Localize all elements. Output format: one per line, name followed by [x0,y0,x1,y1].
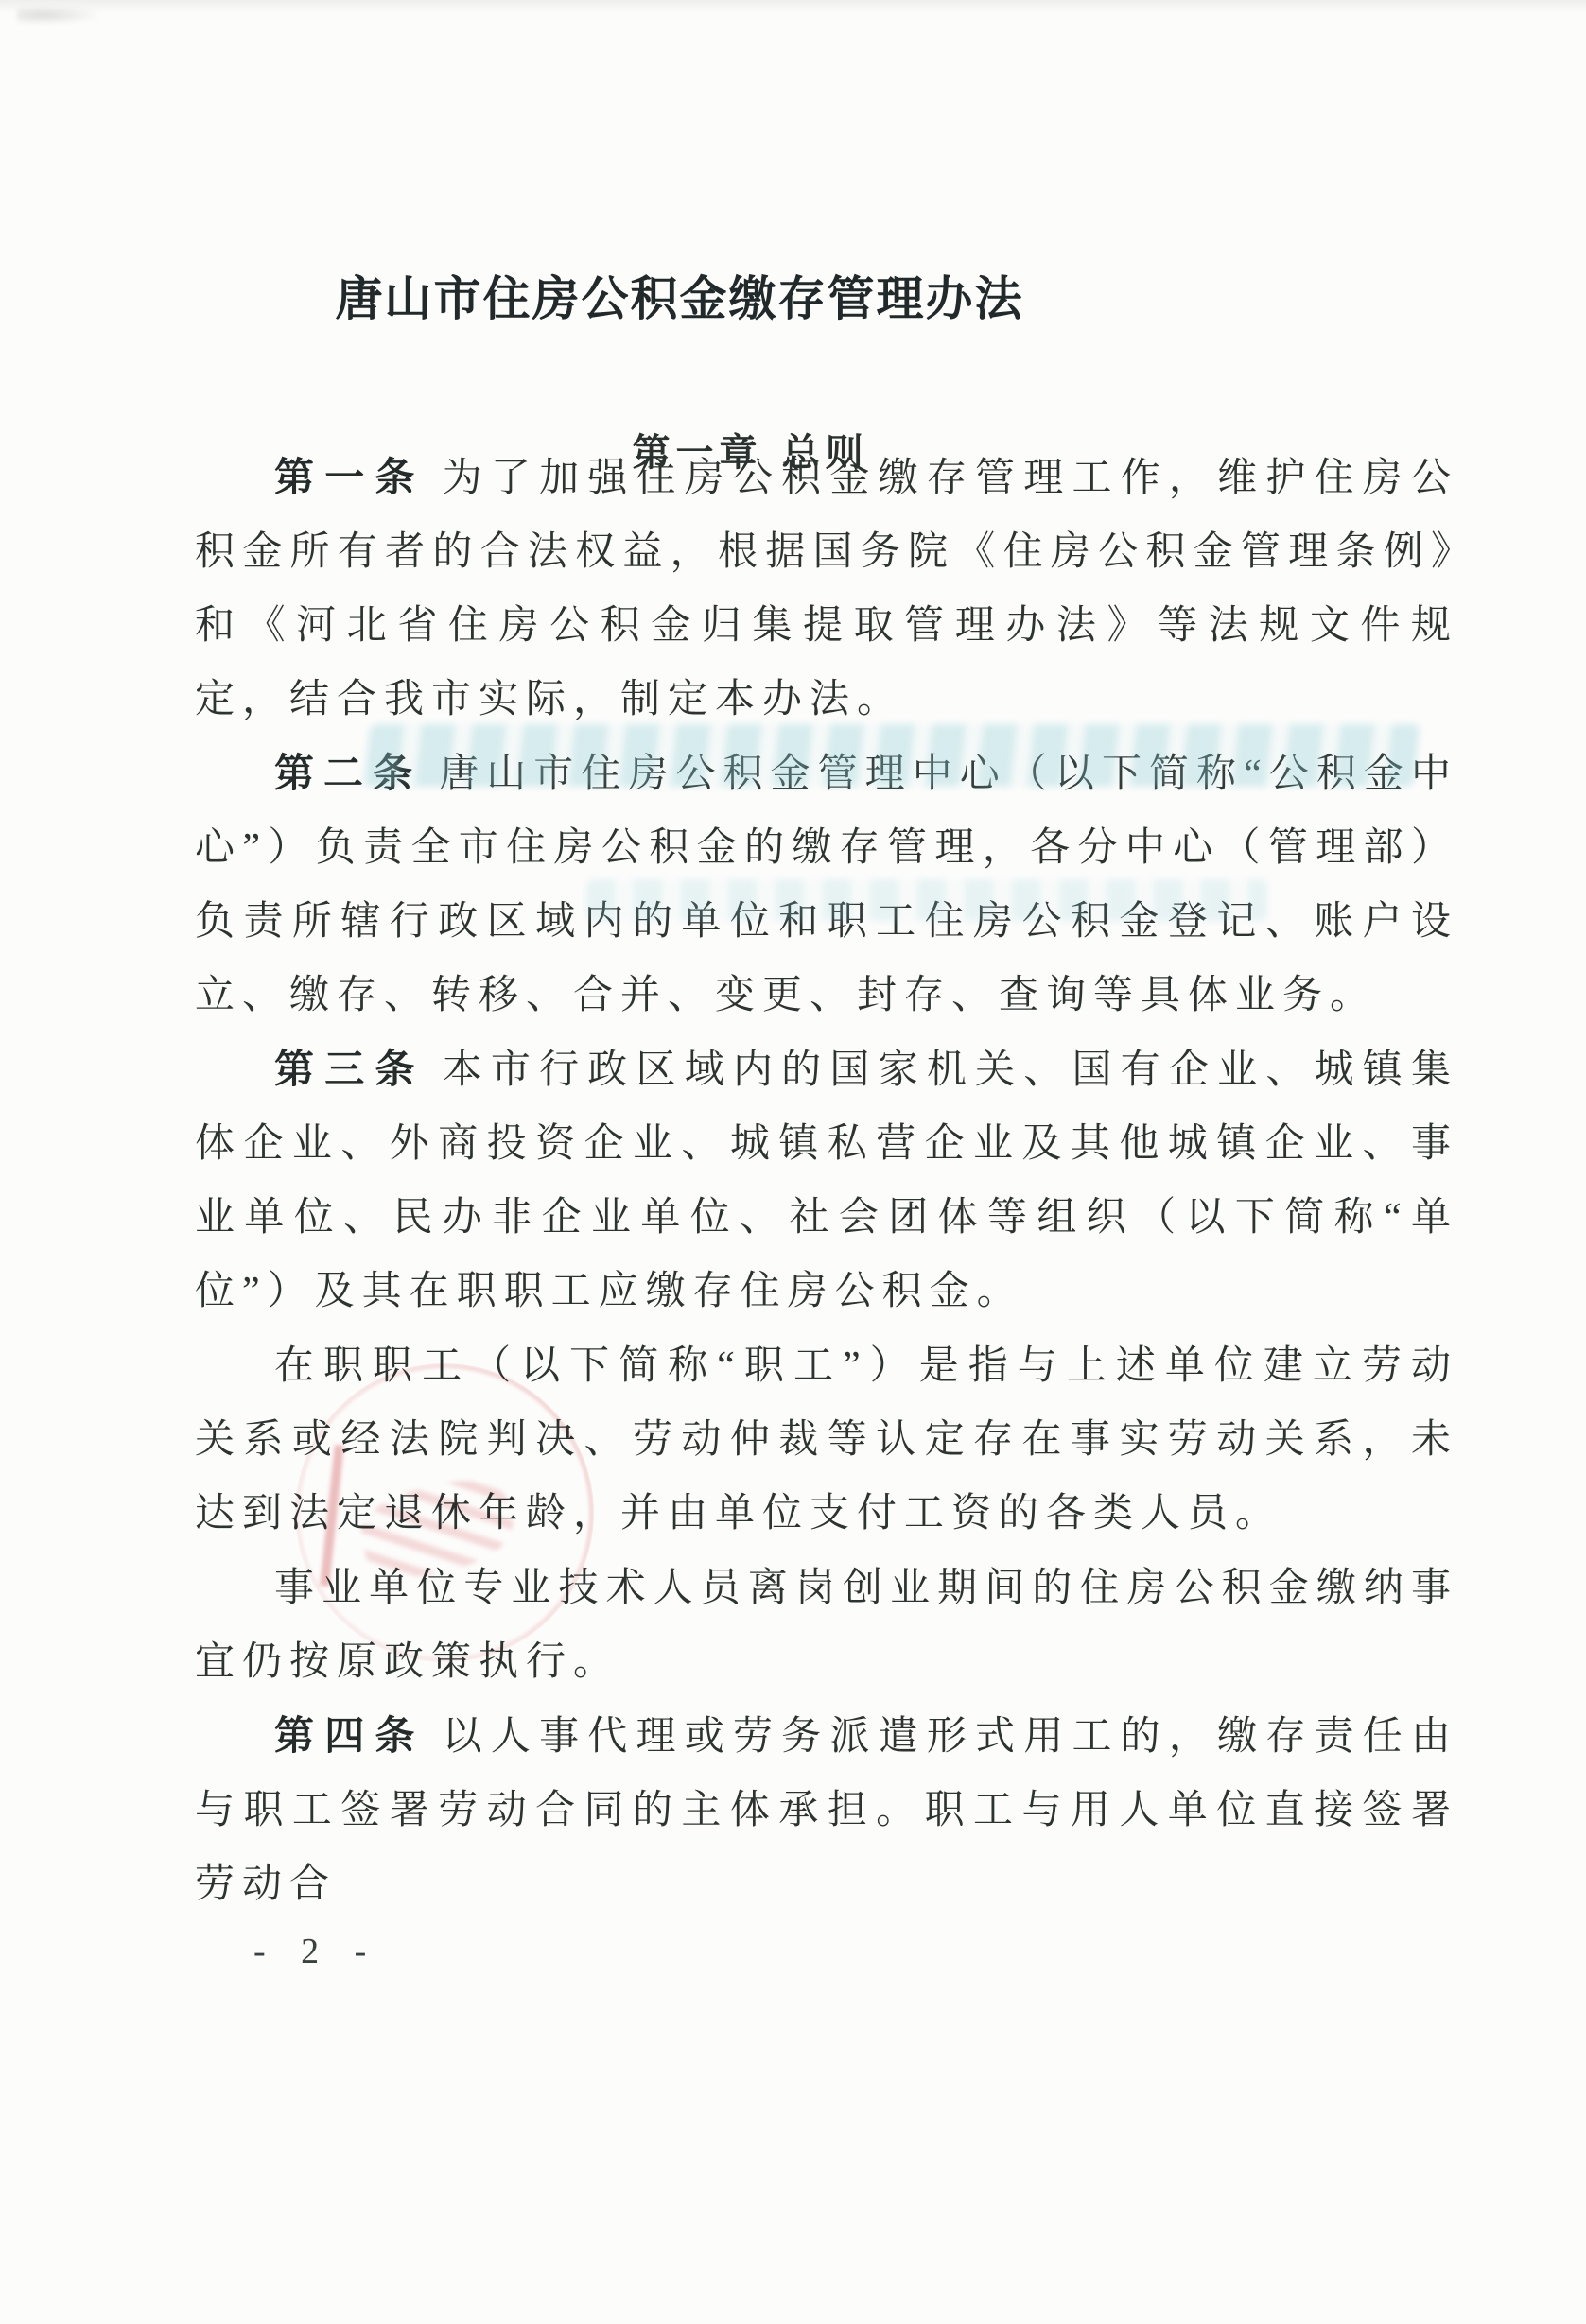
paragraph-article-3: 第三条本市行政区域内的国家机关、国有企业、城镇集体企业、外商投资企业、城镇私营企… [195,1032,1458,1328]
paragraph-public-institution-note: 事业单位专业技术人员离岗创业期间的住房公积金缴纳事宜仍按原政策执行。 [195,1551,1458,1699]
paragraph-article-4: 第四条以人事代理或劳务派遣形式用工的，缴存责任由与职工签署劳动合同的主体承担。职… [195,1699,1458,1921]
document-title: 唐山市住房公积金缴存管理办法 [0,261,1359,329]
paragraph-employees-definition: 在职职工（以下简称“职工”）是指与上述单位建立劳动关系或经法院判决、劳动仲裁等认… [195,1328,1458,1551]
scanned-document-page: 唐山市住房公积金缴存管理办法 第一章 总则 第一条为了加强住房公积金缴存管理工作… [0,0,1586,2324]
document-body: 第一条为了加强住房公积金缴存管理工作，维护住房公积金所有者的合法权益，根据国务院… [195,441,1458,1921]
article-1-number: 第一条 [274,454,426,500]
article-3-number: 第三条 [274,1046,426,1092]
paragraph-article-1: 第一条为了加强住房公积金缴存管理工作，维护住房公积金所有者的合法权益，根据国务院… [195,441,1458,737]
paragraph-5-text: 事业单位专业技术人员离岗创业期间的住房公积金缴纳事宜仍按原政策执行。 [195,1567,1458,1684]
ink-bleedthrough-stripe-2 [586,879,1267,921]
page-number: - 2 - [253,1931,379,1972]
scan-smudge [17,6,102,25]
paragraph-4-text: 在职职工（以下简称“职工”）是指与上述单位建立劳动关系或经法院判决、劳动仲裁等认… [195,1344,1458,1535]
article-4-number: 第四条 [274,1712,426,1759]
scan-edge-shadow [0,0,1586,13]
ink-bleedthrough-stripe [364,724,1420,787]
